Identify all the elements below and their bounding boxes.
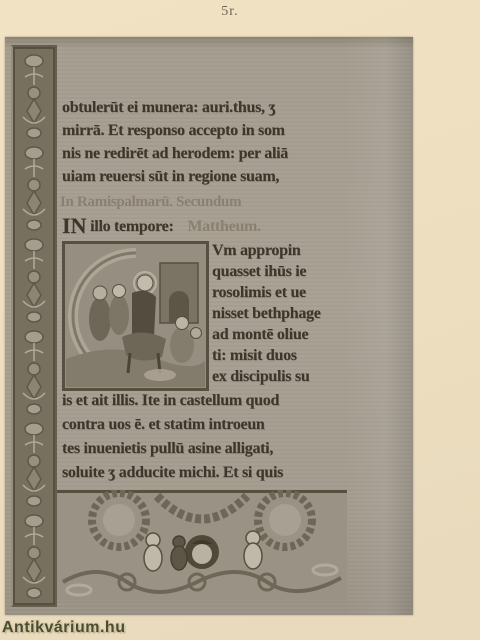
photo-right-margin: [343, 37, 413, 615]
incipit-black-text: illo tempore:: [86, 218, 173, 235]
manuscript-line: rosolimis et ue: [212, 285, 306, 301]
manuscript-photo-plate: obtulerūt ei munera: auri.thus, ʒ mirrā.…: [5, 37, 413, 615]
manuscript-line: ad montē oliue: [212, 327, 308, 343]
candelabra-ornament-graphic: [13, 47, 55, 605]
folio-label: 5r.: [170, 4, 290, 20]
manuscript-line: soluite ʒ adducite michi. Et si quis: [62, 465, 283, 481]
manuscript-line: Vm appropin: [212, 243, 300, 259]
left-ornament-border: [11, 45, 57, 607]
incipit-line: IN illo tempore:Mattheum.: [62, 215, 261, 237]
manuscript-line: nisset bethphage: [212, 306, 321, 322]
manuscript-line: mirrā. Et responso accepto in som: [62, 123, 285, 139]
miniature-entry-into-jerusalem: [62, 241, 209, 391]
book-page: 5r.: [0, 0, 480, 640]
rubric-line: In Ramispalmarū. Secundum: [60, 195, 241, 210]
putti-garland-graphic: [57, 490, 347, 600]
manuscript-line: ti: misit duos: [212, 348, 297, 364]
bottom-ornament-border: [57, 490, 347, 600]
manuscript-line: ex discipulis su: [212, 369, 309, 385]
miniature-graphic: [62, 241, 209, 391]
incipit-red-text: Mattheum.: [188, 218, 261, 235]
manuscript-line: quasset ihūs ie: [212, 264, 306, 280]
manuscript-line: is et ait illis. Ite in castellum quod: [62, 393, 279, 409]
manuscript-line: nis ne redirēt ad herodem: per aliā: [62, 146, 288, 162]
incipit-initial: IN: [62, 213, 86, 238]
manuscript-line: obtulerūt ei munera: auri.thus, ʒ: [62, 100, 275, 116]
manuscript-line: tes inuenietis pullū asine alligati,: [62, 441, 273, 457]
manuscript-line: uiam reuersi sūt in regione suam,: [62, 169, 279, 185]
manuscript-line: contra uos ē. et statim introeun: [62, 417, 265, 433]
antikvarium-watermark: Antikvárium.hu: [2, 619, 125, 637]
